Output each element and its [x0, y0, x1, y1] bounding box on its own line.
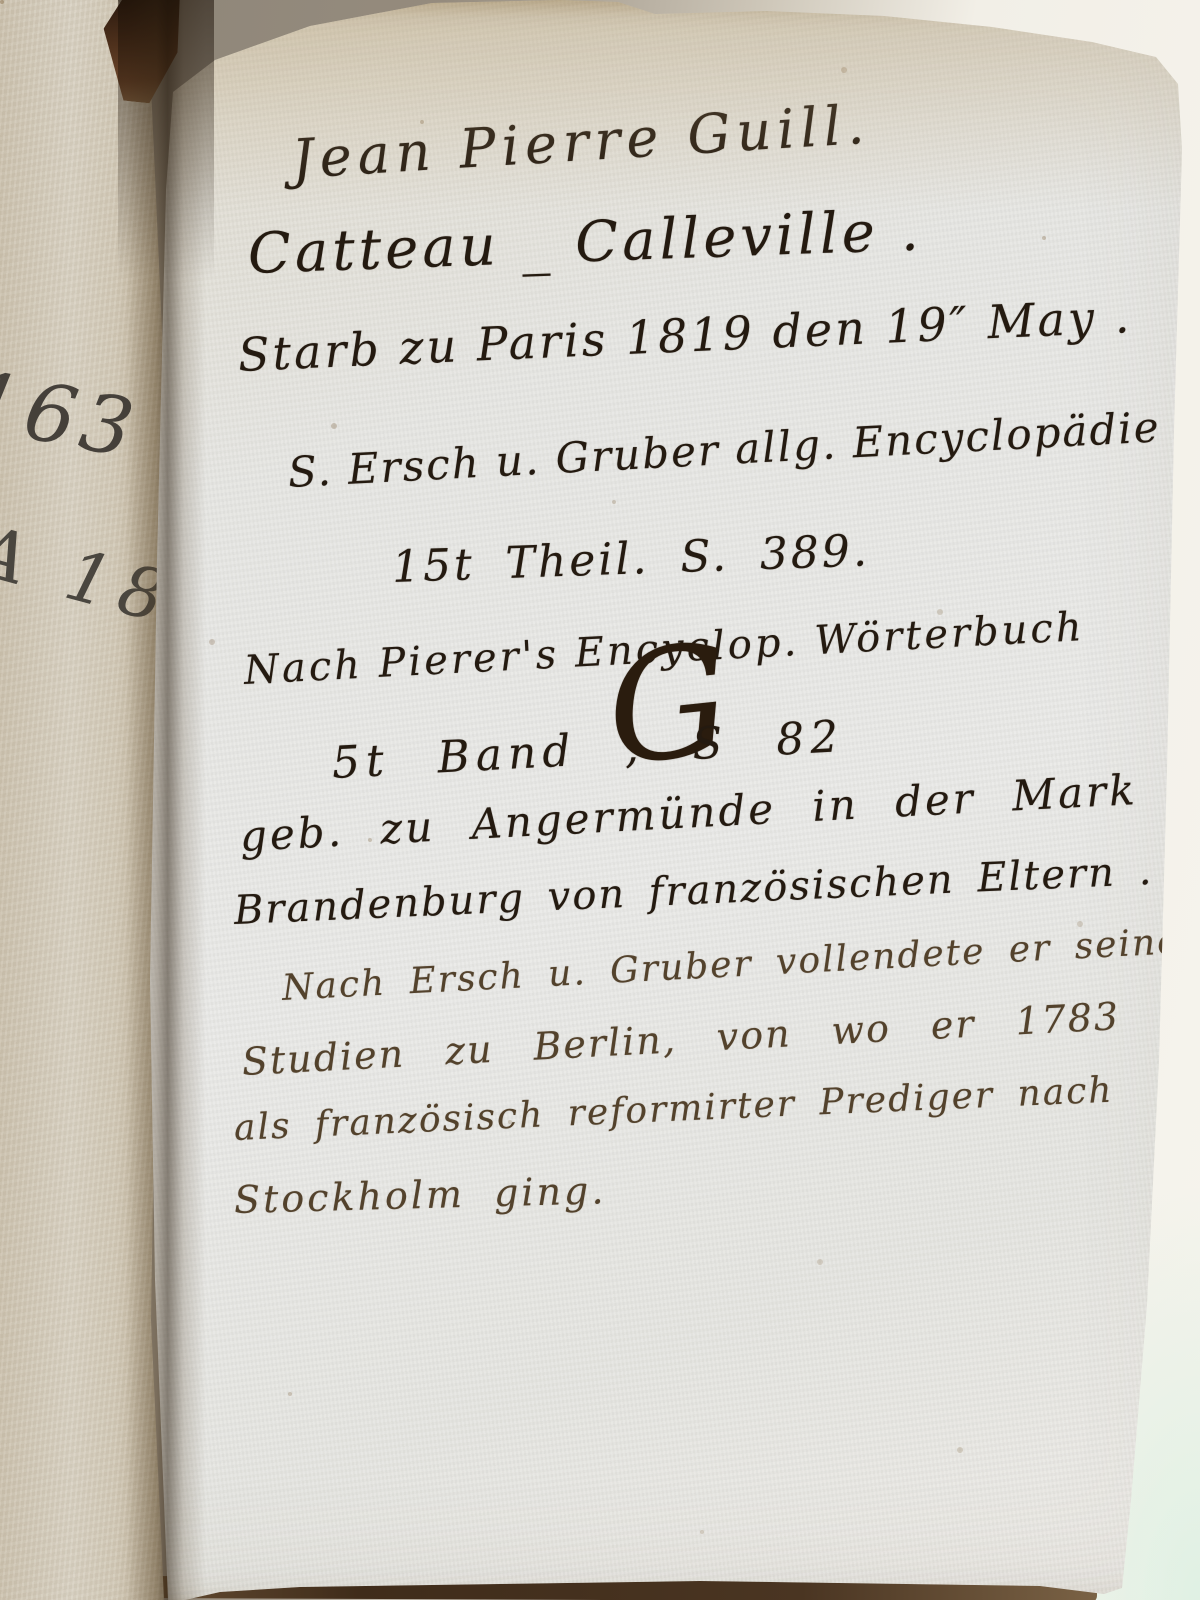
manuscript-line: als französisch reformirter Prediger nac…	[233, 1070, 1114, 1149]
manuscript-line: Stockholm ging.	[233, 1168, 606, 1222]
manuscript-line: 15t Theil. S. 389.	[391, 525, 871, 593]
manuscript-line: Studien zu Berlin, von wo er 1783	[241, 994, 1121, 1084]
manuscript-line: Catteau _ Calleville .	[247, 198, 924, 287]
book-photo: 163 _ A 18 Jean Pierre Guill. Catteau _ …	[0, 0, 1200, 1600]
manuscript-line: Nach Ersch u. Gruber vollendete er seine	[281, 921, 1181, 1009]
manuscript-page: Jean Pierre Guill. Catteau _ Calleville …	[0, 0, 1200, 1600]
manuscript-line: Jean Pierre Guill.	[290, 93, 872, 191]
paper-foxing-specks	[0, 0, 4, 4]
manuscript-line: Brandenburg von französischen Eltern .	[233, 848, 1154, 934]
manuscript-line: 5t Band , S 82	[331, 711, 846, 789]
manuscript-line: S. Ersch u. Gruber allg. Encyclopädie	[287, 402, 1162, 497]
manuscript-line: Starb zu Paris 1819 den 19″ May .	[237, 289, 1133, 382]
